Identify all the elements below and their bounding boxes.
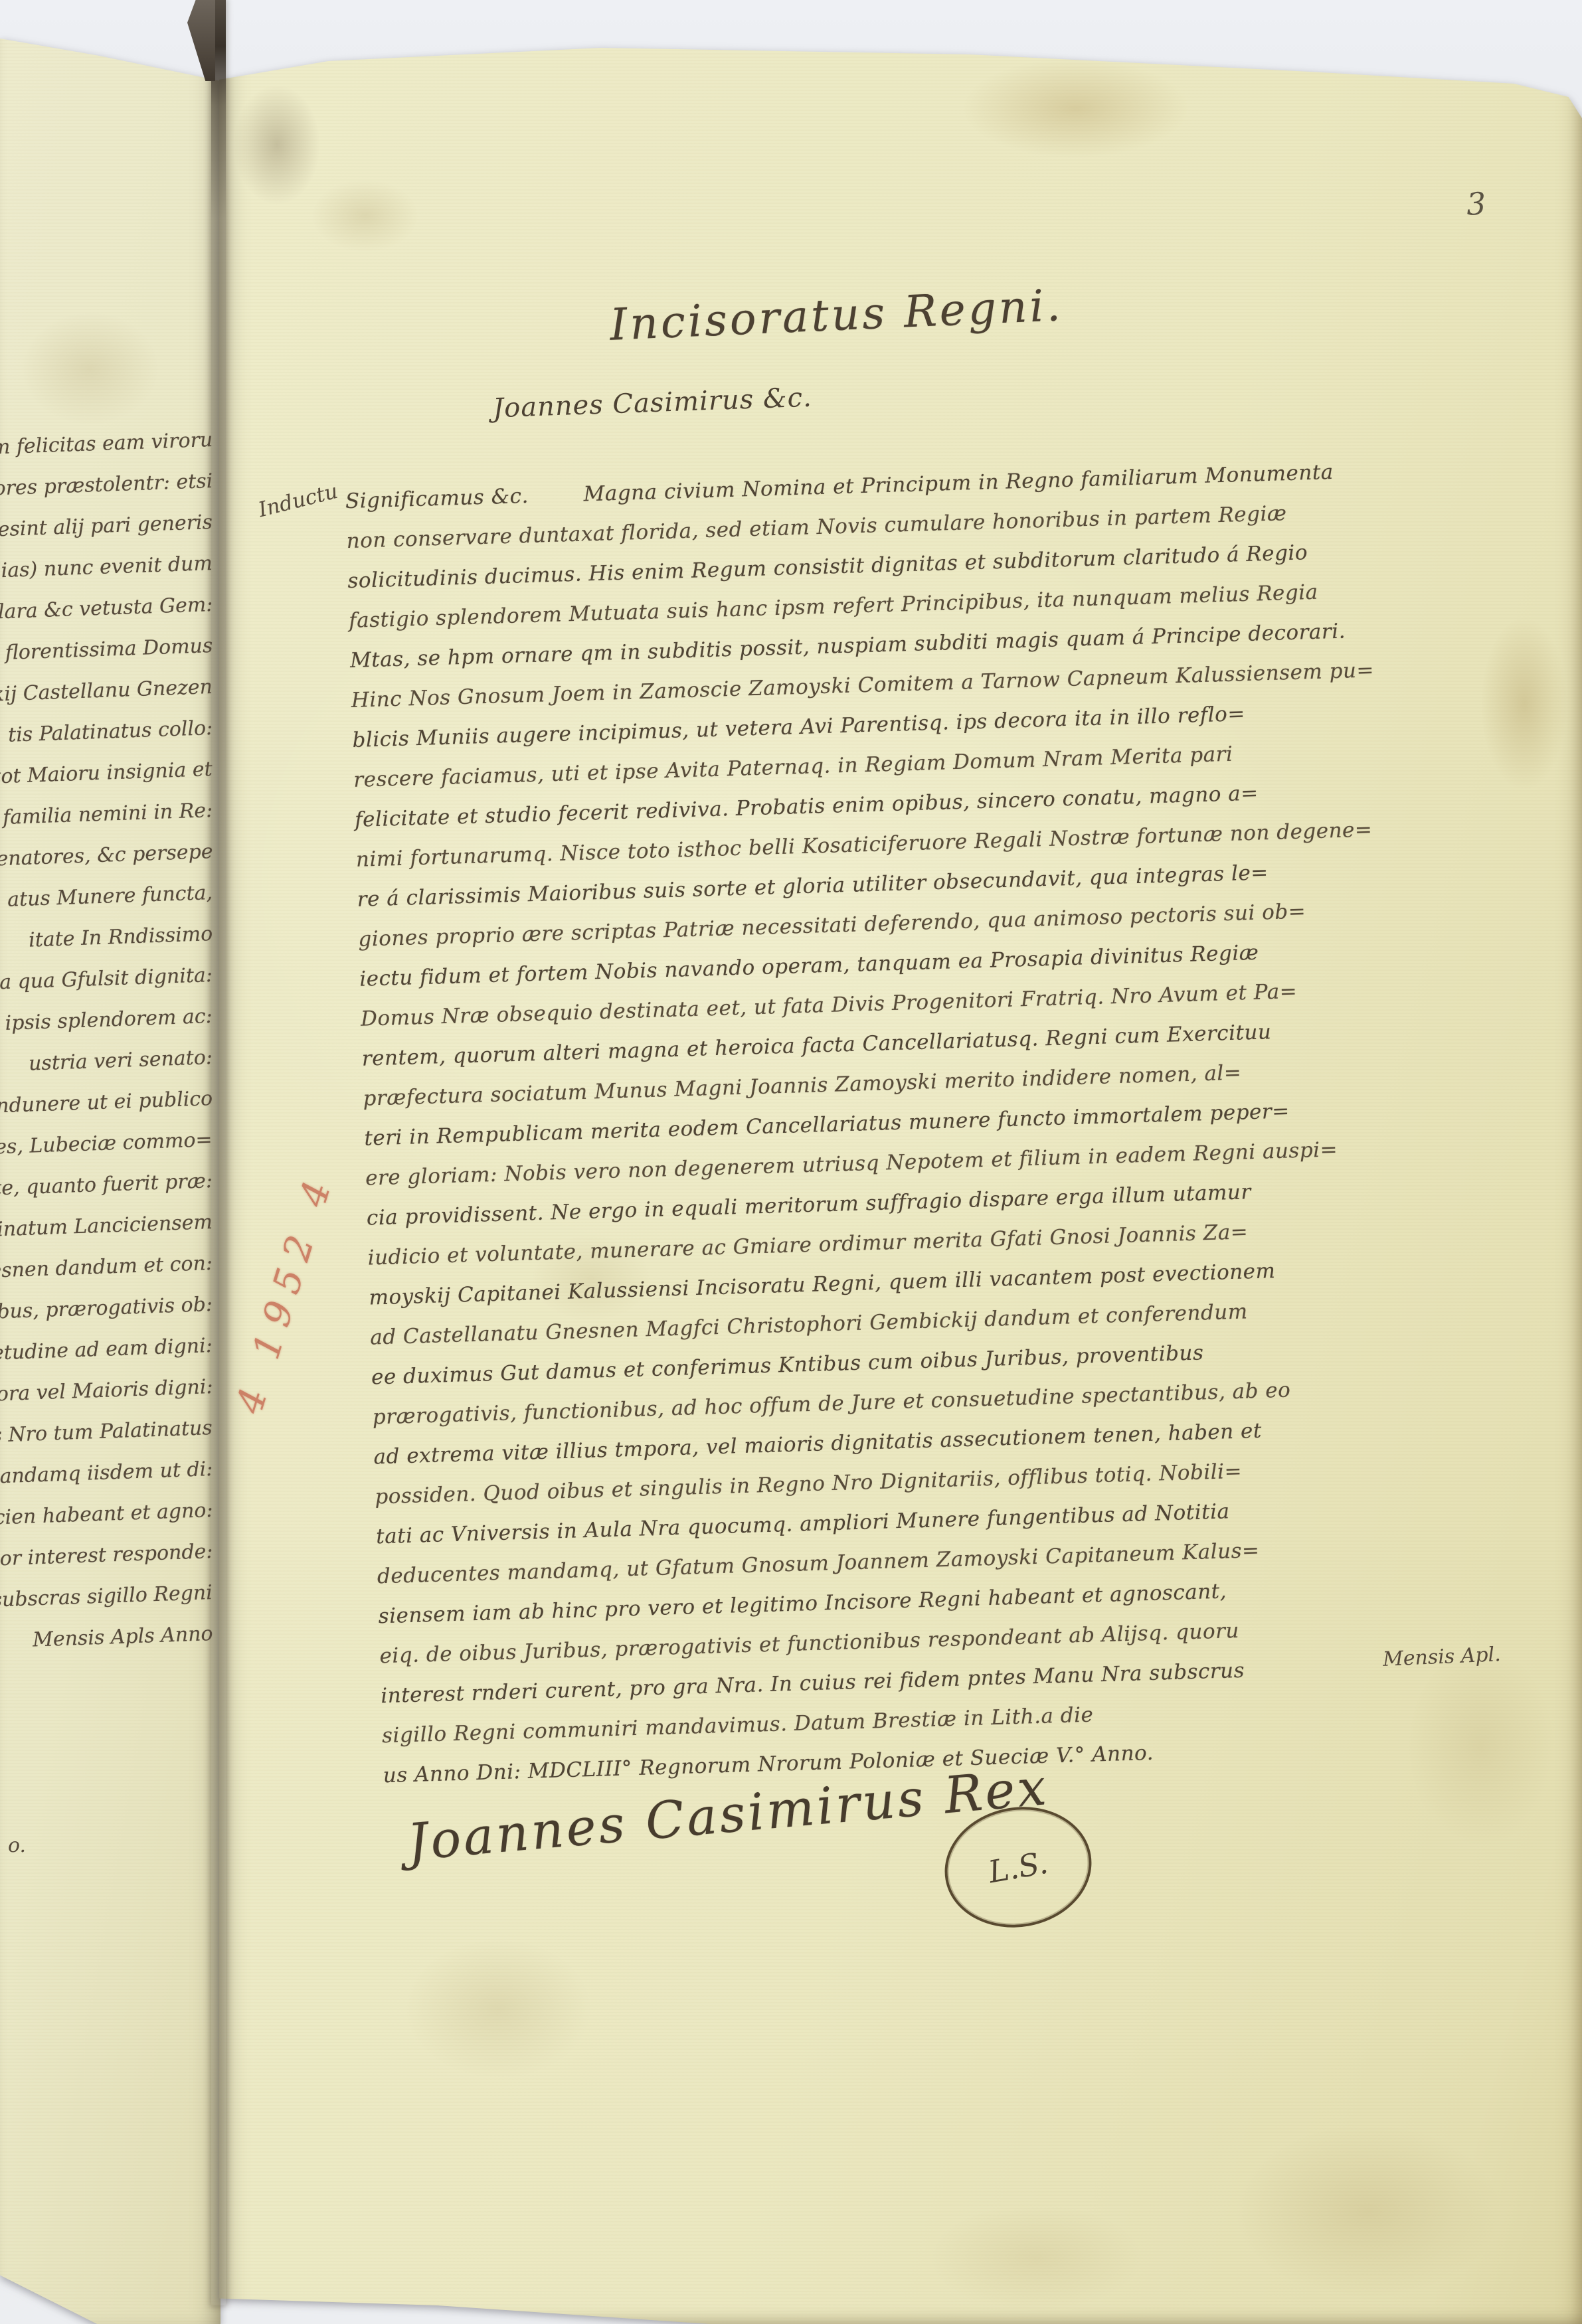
page-number: 3 (1466, 185, 1487, 222)
previous-page-fragment: ente, quanto fuerit præ: (0, 1169, 213, 1201)
previous-page-fragment: tiones, Lubeciæ commo= (0, 1128, 213, 1160)
previous-page-fragment: ndunere ut ei publico (0, 1087, 213, 1118)
previous-page-fragment: kij Castellanu Gnezen (0, 675, 213, 706)
previous-page-fragment: tinatum Lanciciensem (0, 1210, 213, 1242)
previous-page-fragment: consuetudine ad eam digni: (0, 1334, 213, 1367)
body-text: Significamus &c. Magna civium Nomina et … (345, 446, 1579, 1796)
previous-page-fragment: ustria veri senato: (29, 1046, 213, 1076)
previous-page-fragment: clara &c vetusta Gem: (0, 593, 213, 624)
previous-page-fragment: Mensis Apls Anno (32, 1622, 213, 1651)
previous-page-fragment: familia nemini in Re: (2, 799, 213, 829)
previous-page-fragment: tis Palatinatus collo: (7, 716, 213, 747)
previous-page-fragment: quor interest responde: (0, 1540, 213, 1572)
previous-page-fragment: onores præstolentr: etsi (0, 469, 213, 501)
previous-page-fragment: alias) nunc evenit dum (0, 552, 213, 583)
previous-page-fragment: is ipsis splendorem ac: (0, 1005, 213, 1036)
previous-page-fragment: mandamq iisdem ut di: (0, 1457, 213, 1489)
previous-page-fragment: senatores, &c persepe (0, 840, 213, 871)
margin-note-inductu: Inductu (256, 479, 340, 522)
previous-page-fragment: a subscras sigillo Regni (0, 1581, 213, 1613)
previous-page-fragment: itate In Rndissimo (28, 922, 213, 952)
document-scan: rum felicitas eam viroruonores præstolen… (0, 0, 1582, 2324)
previous-page-fragment: Gnesnen dandum et con: (0, 1252, 213, 1284)
previous-page-fragment: t florentissima Domus (0, 634, 213, 665)
previous-page-text-column: rum felicitas eam viroruonores præstolen… (0, 0, 219, 2324)
previous-page-fragment: mpora vel Maioris digni: (0, 1375, 213, 1407)
previous-page-fragment: non desint alij pari generis (0, 511, 213, 543)
previous-page-fragment: icien habeant et agno: (0, 1499, 213, 1530)
previous-page-bottom-mark: o. (8, 1834, 26, 1857)
previous-page-fragment: ns Nro tum Palatinatus (0, 1416, 213, 1448)
page-content: rum felicitas eam viroruonores præstolen… (0, 0, 1582, 2324)
previous-page-fragment: a qua Gfulsit dignita: (0, 963, 213, 994)
previous-page-fragment: rum felicitas eam viroru (0, 428, 213, 460)
salutation: Joannes Casimirus &c. (492, 382, 812, 424)
previous-page-fragment: i tot Maioru insignia et (0, 758, 213, 789)
previous-page-fragment: s Juribus, prærogativis ob: (0, 1293, 213, 1325)
seal-label: L.S. (986, 1845, 1051, 1890)
document-title: Incisoratus Regni. (609, 280, 1064, 351)
previous-page-fragment: atus Munere functa, (7, 881, 213, 912)
